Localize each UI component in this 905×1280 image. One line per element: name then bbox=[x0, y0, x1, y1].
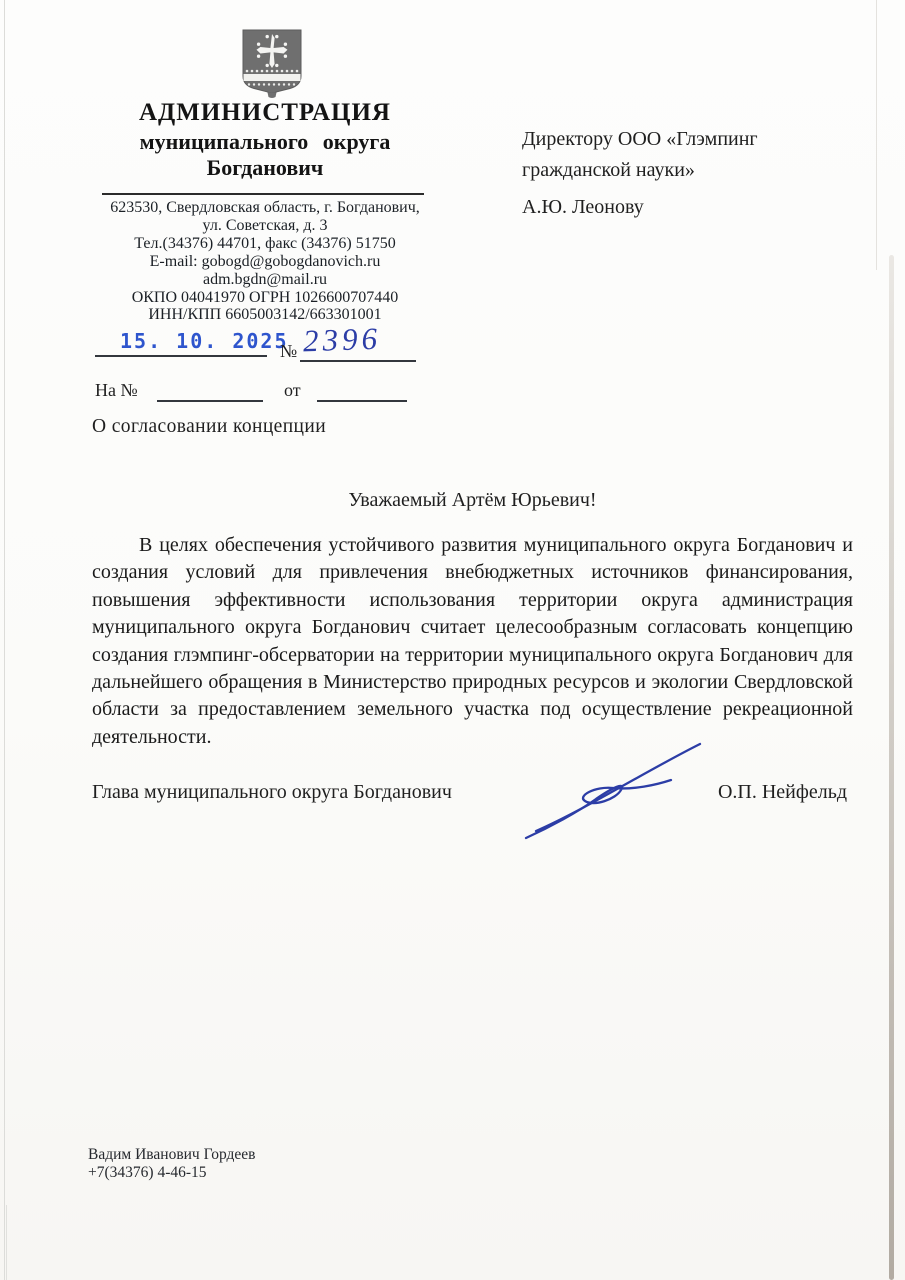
org-address-block: 623530, Свердловская область, г. Богдано… bbox=[85, 199, 445, 324]
handwritten-number: 2396 bbox=[302, 321, 381, 360]
address-line: ул. Советская, д. 3 bbox=[85, 217, 445, 235]
reply-number-label: На № bbox=[95, 380, 138, 401]
body-paragraph: В целях обеспечения устойчивого развития… bbox=[92, 532, 853, 751]
scan-edge-bottom-left bbox=[6, 1205, 7, 1280]
address-line: adm.bgdn@mail.ru bbox=[85, 271, 445, 289]
address-line: 623530, Свердловская область, г. Богдано… bbox=[85, 199, 445, 217]
recipient-title: Директору ООО «Глэмпинг гражданской наук… bbox=[522, 124, 834, 186]
address-line: ИНН/КПП 6605003142/663301001 bbox=[85, 306, 445, 324]
executor-name: Вадим Иванович Гордеев bbox=[88, 1146, 255, 1164]
org-name-line3: Богданович bbox=[85, 155, 445, 181]
reply-number-underline bbox=[157, 400, 263, 402]
scan-edge-left bbox=[4, 0, 5, 1280]
letterhead-divider bbox=[102, 193, 424, 195]
executor-phone: +7(34376) 4-46-15 bbox=[88, 1164, 255, 1182]
date-stamp: 15. 10. 2025 bbox=[120, 329, 289, 353]
org-name-line2: муниципального округа bbox=[85, 129, 445, 155]
coat-of-arms-icon bbox=[240, 28, 304, 98]
date-underline bbox=[95, 355, 267, 357]
salutation: Уважаемый Артём Юрьевич! bbox=[92, 489, 853, 512]
executor-contact: Вадим Иванович Гордеев +7(34376) 4-46-15 bbox=[88, 1146, 255, 1182]
scanned-letter-page: АДМИНИСТРАЦИЯ муниципального округа Богд… bbox=[0, 0, 905, 1280]
address-line: Тел.(34376) 44701, факс (34376) 51750 bbox=[85, 235, 445, 253]
number-label: № bbox=[280, 341, 297, 362]
scan-edge-right-top bbox=[876, 0, 877, 270]
org-name-line1: АДМИНИСТРАЦИЯ bbox=[85, 99, 445, 127]
signatory-name: О.П. Нейфельд bbox=[92, 781, 847, 804]
subject-line: О согласовании концепции bbox=[92, 416, 326, 438]
address-line: ОКПО 04041970 ОГРН 1026600707440 bbox=[85, 289, 445, 307]
address-line: E-mail: gobogd@gobogdanovich.ru bbox=[85, 253, 445, 271]
reply-from-underline bbox=[317, 400, 407, 402]
scan-edge-right bbox=[889, 255, 894, 1280]
reply-from-label: от bbox=[284, 380, 301, 401]
number-underline bbox=[300, 360, 416, 362]
recipient-name: А.Ю. Леонову bbox=[522, 196, 834, 219]
